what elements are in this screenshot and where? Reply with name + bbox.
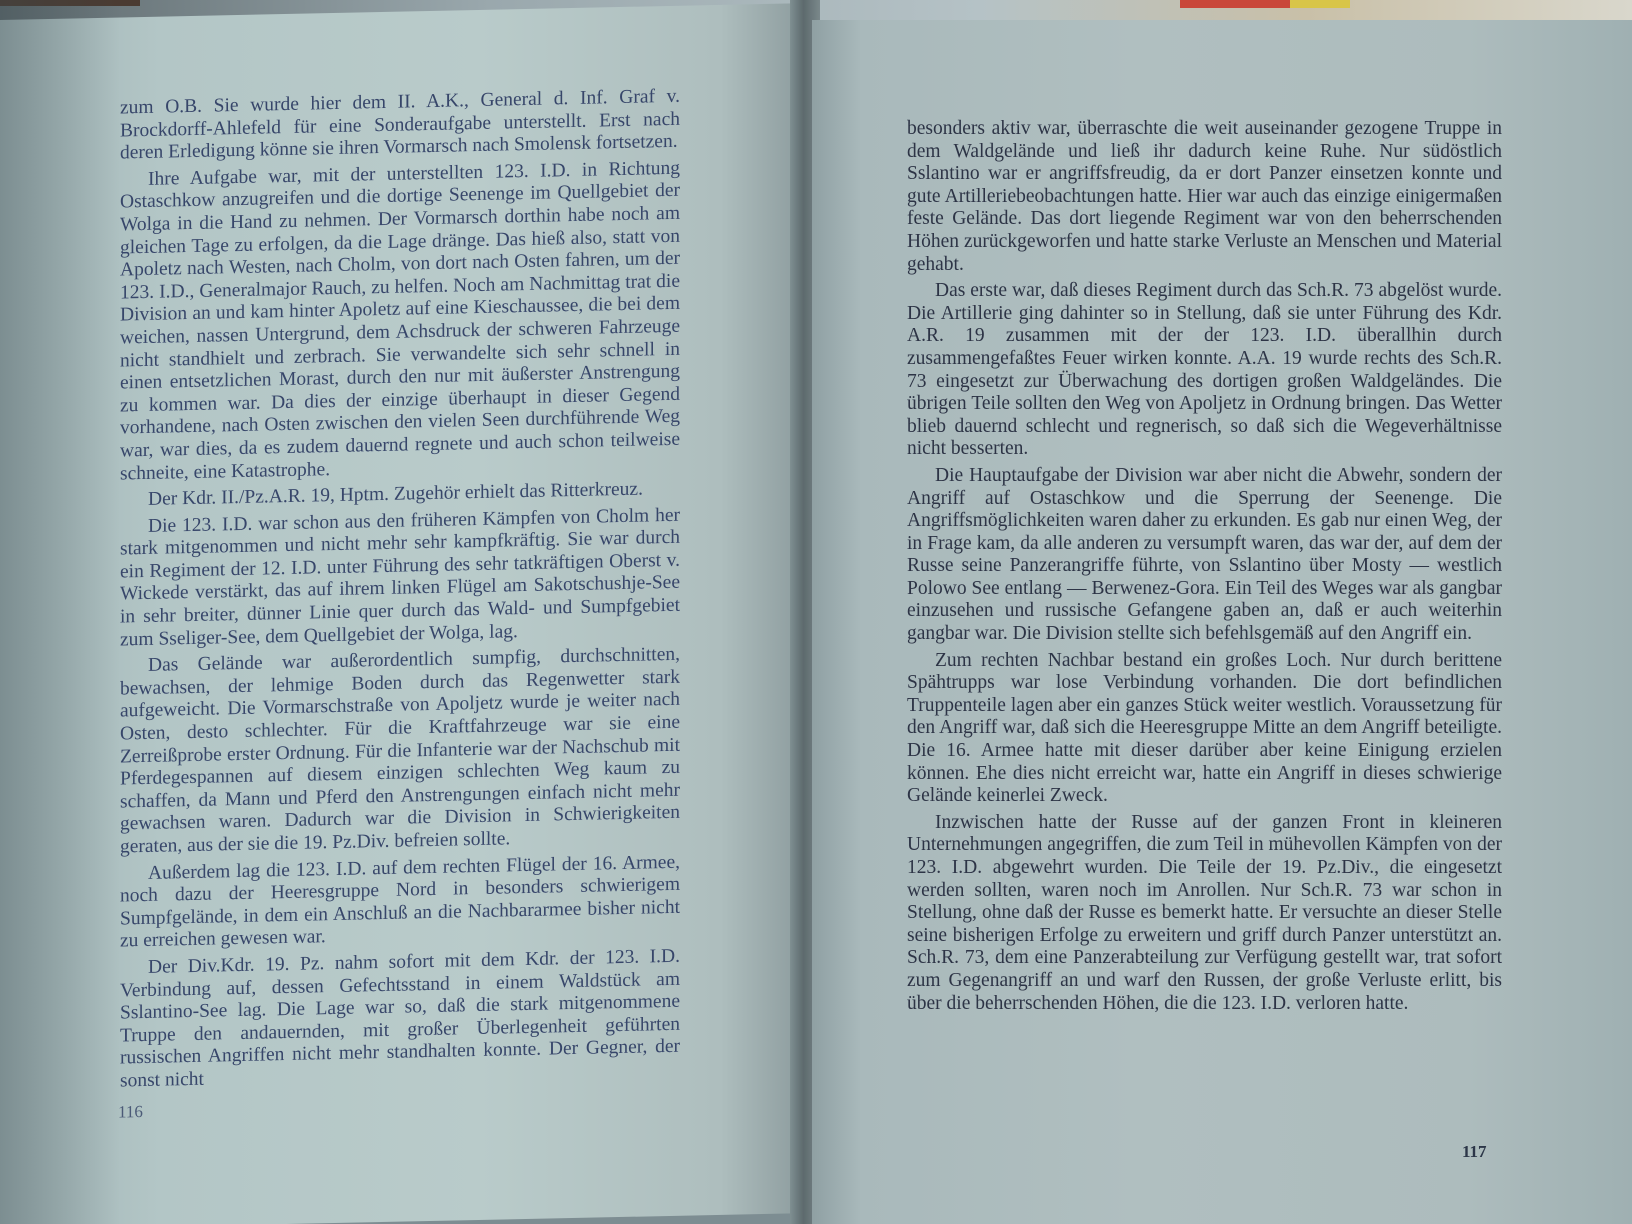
background-object: [0, 0, 140, 6]
book-photo: zum O.B. Sie wurde hier dem II. A.K., Ge…: [0, 0, 1632, 1224]
paragraph: Die Hauptaufgabe der Division war aber n…: [907, 465, 1502, 646]
paragraph: besonders aktiv war, überraschte die wei…: [907, 118, 1502, 276]
right-page-body: besonders aktiv war, überraschte die wei…: [907, 118, 1502, 1019]
page-number-left: 116: [118, 1102, 143, 1123]
paragraph: Zum rechten Nachbar bestand ein großes L…: [907, 650, 1502, 808]
page-number-right: 117: [1462, 1142, 1487, 1162]
left-page: zum O.B. Sie wurde hier dem II. A.K., Ge…: [0, 3, 800, 1224]
left-page-body: zum O.B. Sie wurde hier dem II. A.K., Ge…: [120, 86, 680, 1097]
paragraph: Das Gelände war außerordentlich sumpfig,…: [120, 644, 680, 859]
paragraph: Außerdem lag die 123. I.D. auf dem recht…: [120, 851, 680, 953]
paragraph: zum O.B. Sie wurde hier dem II. A.K., Ge…: [120, 86, 680, 166]
paragraph: Das erste war, daß dieses Regiment durch…: [907, 280, 1502, 461]
right-page: besonders aktiv war, überraschte die wei…: [812, 20, 1632, 1224]
background-book-spine-red: [1180, 0, 1290, 8]
paragraph: Inzwischen hatte der Russe auf der ganze…: [907, 812, 1502, 1015]
paragraph: Der Div.Kdr. 19. Pz. nahm sofort mit dem…: [120, 946, 680, 1093]
paragraph: Ihre Aufgabe war, mit der unterstellten …: [120, 158, 680, 486]
background-book-spine-yellow: [1290, 0, 1350, 8]
paragraph: Die 123. I.D. war schon aus den früheren…: [120, 504, 680, 651]
